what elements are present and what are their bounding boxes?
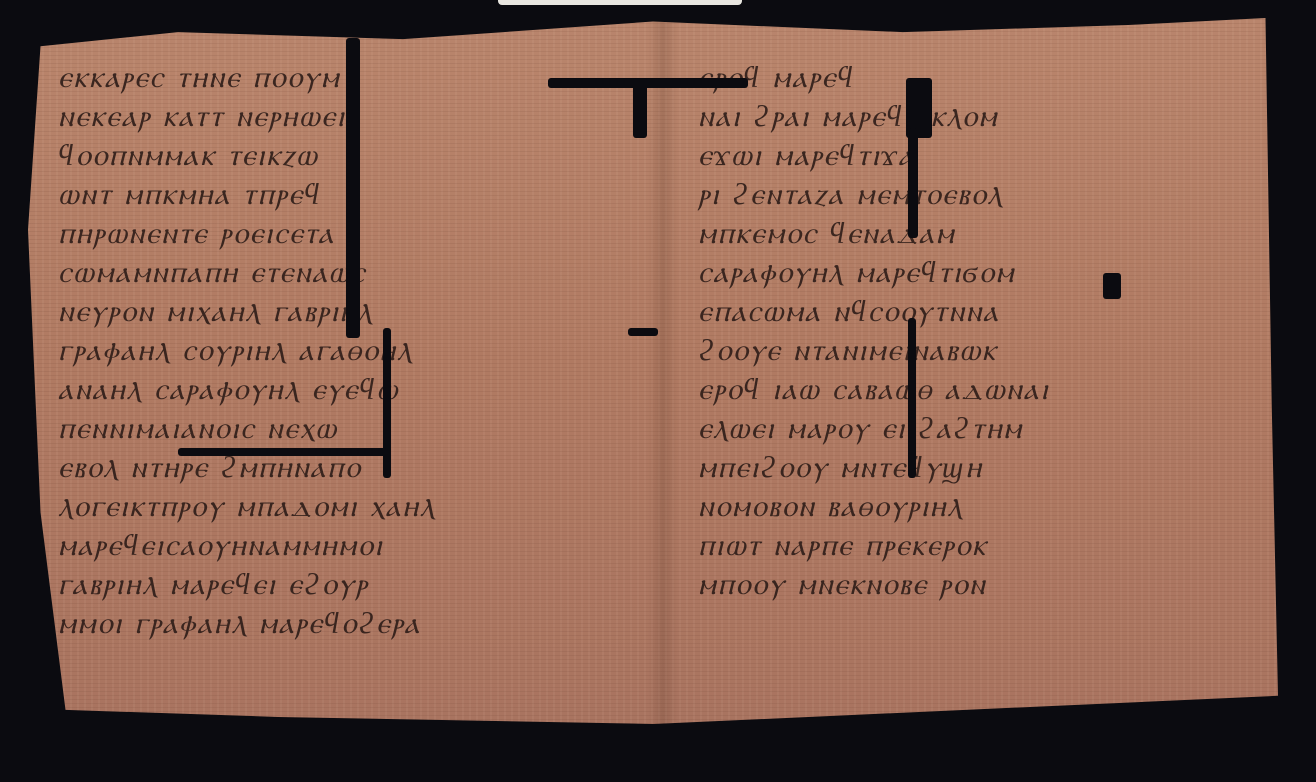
text-line: ⲡⲏⲣⲱⲛⲉⲛⲧⲉ ⲣⲟⲉⲓⲥⲉⲧⲁ (58, 214, 618, 253)
text-line: ⲅⲣⲁⲫⲁⲏⲗ ⲥⲟⲩⲣⲓⲏⲗ ⲁⲅⲁⲑⲟⲏⲗ (58, 331, 618, 370)
left-text-column: ⲉⲕⲕⲁⲣⲉⲥ ⲧⲏⲛⲉ ⲡⲟⲟⲩⲙ ⲛⲉⲕⲉⲁⲣ ⲕⲁⲧⲧ ⲛⲉⲣⲏⲱⲉⲓ ϥ… (58, 58, 618, 643)
text-line: ⲛⲁⲓ ϩⲣⲁⲓ ⲙⲁⲣⲉϥⲡⲓⲕⲗⲟⲙ (698, 97, 1258, 136)
papyrus-hole (1103, 273, 1121, 299)
papyrus-hole (633, 78, 647, 138)
text-line: ⲉⲗⲱⲉⲓ ⲙⲁⲣⲟⲩ ⲉⲓ ϩⲁϩⲧⲏⲙ (698, 409, 1258, 448)
text-line: ⲥⲱⲙⲁⲙⲛⲡⲁⲡⲏ ⲉⲧⲉⲛⲁⲱⲥ (58, 253, 618, 292)
top-label-strip (498, 0, 742, 5)
text-line: ⲙⲁⲣⲉϥⲉⲓⲥⲁⲟⲩⲏⲛⲁⲙⲙⲏⲙⲟⲓ (58, 526, 618, 565)
text-line: ⲅⲁⲃⲣⲓⲏⲗ ⲙⲁⲣⲉϥⲉⲓ ⲉϩⲟⲩⲣ (58, 565, 618, 604)
text-line: ⲡⲉⲛⲛⲓⲙⲁⲓⲁⲛⲟⲓⲥ ⲛⲉⲭⲱ (58, 409, 618, 448)
text-line: ⲉⲣⲟϥ ⲙⲁⲣⲉϥ (698, 58, 1258, 97)
text-line: ⲛⲟⲙⲟⲃⲟⲛ ⲃⲁⲑⲟⲩⲣⲓⲏⲗ (698, 487, 1258, 526)
papyrus-hole (908, 128, 918, 238)
text-line: ⲱⲛⲧ ⲙⲡⲕⲙⲏⲁ ⲧⲡⲣⲉϥ (58, 175, 618, 214)
text-line: ⲉⲕⲕⲁⲣⲉⲥ ⲧⲏⲛⲉ ⲡⲟⲟⲩⲙ (58, 58, 618, 97)
papyrus-hole (346, 38, 360, 338)
text-line: ϥⲟⲟⲡⲛⲙⲙⲁⲕ ⲧⲉⲓⲕⲍⲱ (58, 136, 618, 175)
text-line: ϩⲟⲟⲩⲉ ⲛⲧⲁⲛⲓⲙⲉⲓⲛⲁⲃⲱⲕ (698, 331, 1258, 370)
papyrus-hole (178, 448, 388, 456)
right-text-column: ⲉⲣⲟϥ ⲙⲁⲣⲉϥ ⲛⲁⲓ ϩⲣⲁⲓ ⲙⲁⲣⲉϥⲡⲓⲕⲗⲟⲙ ⲉϫⲱⲓ ⲙⲁⲣ… (698, 58, 1258, 604)
text-line: ⲙⲡⲉⲓϩⲟⲟⲩ ⲙⲛⲧⲉϥⲩϣⲏ (698, 448, 1258, 487)
text-line: ⲥⲁⲣⲁⲫⲟⲩⲏⲗ ⲙⲁⲣⲉϥⲧⲓϭⲟⲙ (698, 253, 1258, 292)
text-line: ⲙⲡⲕⲉⲙⲟⲥ ϥⲉⲛⲁⲇⲁⲙ (698, 214, 1258, 253)
text-line: ⲣⲓ ϩⲉⲛⲧⲁⲍⲁ ⲙⲉⲙⲧⲟⲉⲃⲟⲗ (698, 175, 1258, 214)
papyrus-hole (548, 78, 748, 88)
center-fold (648, 18, 678, 724)
text-line: ⲉⲣⲟϥ ⲓⲁⲱ ⲥⲁⲃⲁⲱⲑ ⲁⲇⲱⲛⲁⲓ (698, 370, 1258, 409)
text-line: ⲛⲉⲩⲣⲟⲛ ⲙⲓⲭⲁⲏⲗ ⲅⲁⲃⲣⲓⲏⲗ (58, 292, 618, 331)
text-line: ⲙⲡⲟⲟⲩ ⲙⲛⲉⲕⲛⲟⲃⲉ ⲣⲟⲛ (698, 565, 1258, 604)
papyrus-sheet: ⲉⲕⲕⲁⲣⲉⲥ ⲧⲏⲛⲉ ⲡⲟⲟⲩⲙ ⲛⲉⲕⲉⲁⲣ ⲕⲁⲧⲧ ⲛⲉⲣⲏⲱⲉⲓ ϥ… (28, 18, 1278, 724)
text-line: ⲉϫⲱⲓ ⲙⲁⲣⲉϥⲧⲓϫⲁ (698, 136, 1258, 175)
text-line: ⲙⲙⲟⲓ ⲅⲣⲁⲫⲁⲏⲗ ⲙⲁⲣⲉϥⲟϩⲉⲣⲁ (58, 604, 618, 643)
text-line: ⲛⲉⲕⲉⲁⲣ ⲕⲁⲧⲧ ⲛⲉⲣⲏⲱⲉⲓ (58, 97, 618, 136)
papyrus-hole (628, 328, 658, 336)
text-line: ⲗⲟⲅⲉⲓⲕⲧⲡⲣⲟⲩ ⲙⲡⲁⲇⲟⲙⲓ ⲭⲁⲏⲗ (58, 487, 618, 526)
text-line: ⲡⲓⲱⲧ ⲛⲁⲣⲡⲉ ⲡⲣⲉⲕⲉⲣⲟⲕ (698, 526, 1258, 565)
text-line: ⲉⲡⲁⲥⲱⲙⲁ ⲛϥⲥⲟⲟⲩⲧⲛⲛⲁ (698, 292, 1258, 331)
papyrus-hole (908, 318, 916, 478)
text-line: ⲁⲛⲁⲏⲗ ⲥⲁⲣⲁⲫⲟⲩⲏⲗ ⲉⲩⲉϥⲱ (58, 370, 618, 409)
